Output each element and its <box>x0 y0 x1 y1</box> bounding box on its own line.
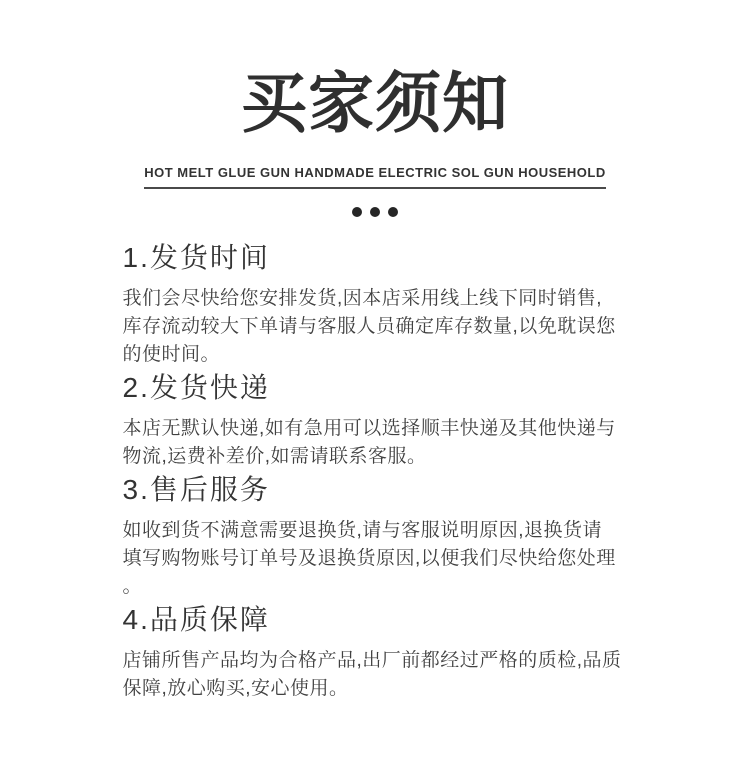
section-heading-shipping-courier: 2.发货快递 <box>123 373 628 403</box>
section-after-sales: 3.售后服务 如收到货不满意需要退换货,请与客服说明原因,退换货请 填写购物账号… <box>123 475 628 601</box>
section-heading-after-sales: 3.售后服务 <box>123 475 628 505</box>
page-title: 买家须知 <box>0 64 750 142</box>
notice-header: 买家须知 HOT MELT GLUE GUN HANDMADE ELECTRIC… <box>0 64 750 217</box>
section-body-shipping-time: 我们会尽快给您安排发货,因本店采用线上线下同时销售, 库存流动较大下单请与客服人… <box>123 285 628 369</box>
page-subtitle: HOT MELT GLUE GUN HANDMADE ELECTRIC SOL … <box>144 164 606 189</box>
subtitle-row: HOT MELT GLUE GUN HANDMADE ELECTRIC SOL … <box>0 164 750 189</box>
notice-sections: 1.发货时间 我们会尽快给您安排发货,因本店采用线上线下同时销售, 库存流动较大… <box>123 243 628 703</box>
section-quality-assurance: 4.品质保障 店铺所售产品均为合格产品,出厂前都经过严格的质检,品质 保障,放心… <box>123 605 628 703</box>
section-body-quality-assurance: 店铺所售产品均为合格产品,出厂前都经过严格的质检,品质 保障,放心购买,安心使用… <box>123 647 628 703</box>
dot-icon <box>370 207 380 217</box>
divider-dots <box>0 207 750 217</box>
dot-icon <box>352 207 362 217</box>
section-heading-shipping-time: 1.发货时间 <box>123 243 628 273</box>
section-body-shipping-courier: 本店无默认快递,如有急用可以选择顺丰快递及其他快递与 物流,运费补差价,如需请联… <box>123 415 628 471</box>
buyer-notice-page: 买家须知 HOT MELT GLUE GUN HANDMADE ELECTRIC… <box>0 0 750 761</box>
dot-icon <box>388 207 398 217</box>
section-body-after-sales: 如收到货不满意需要退换货,请与客服说明原因,退换货请 填写购物账号订单号及退换货… <box>123 517 628 601</box>
section-shipping-time: 1.发货时间 我们会尽快给您安排发货,因本店采用线上线下同时销售, 库存流动较大… <box>123 243 628 369</box>
section-heading-quality-assurance: 4.品质保障 <box>123 605 628 635</box>
section-shipping-courier: 2.发货快递 本店无默认快递,如有急用可以选择顺丰快递及其他快递与 物流,运费补… <box>123 373 628 471</box>
